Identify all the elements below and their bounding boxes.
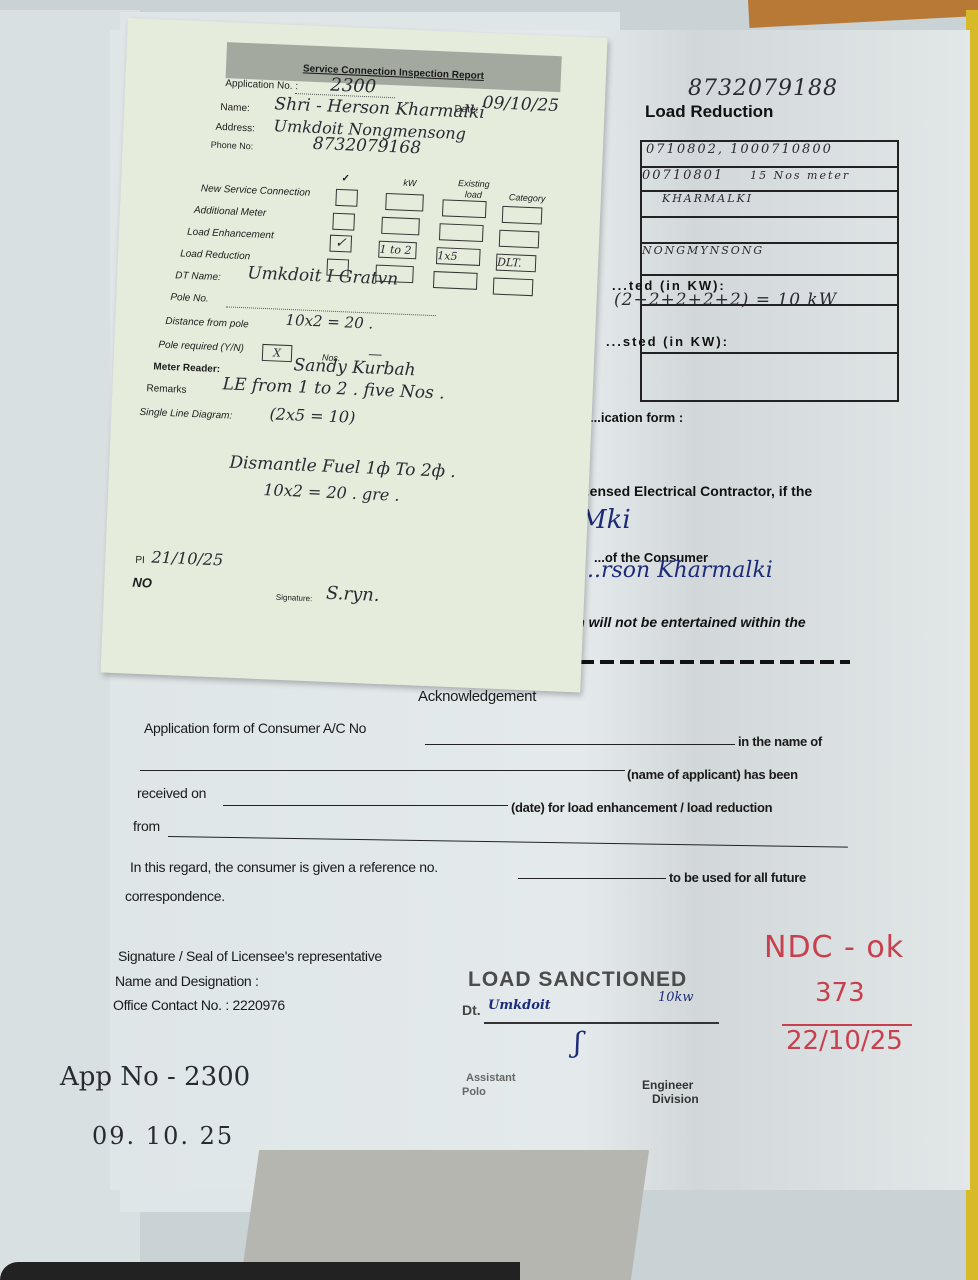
stamp-line-b: Engineer — [642, 1078, 693, 1092]
date-value: 09/10/25 — [482, 93, 559, 116]
phone-value: 8732079168 — [312, 134, 421, 159]
signature-label: Signature: — [276, 593, 313, 604]
pole-required-label: Pole required (Y/N) — [158, 340, 244, 355]
form-row: 0071080115 Nos meter — [642, 166, 897, 190]
stamp-dt-value: Umkdoit — [488, 998, 551, 1013]
row-load-enhancement: Load Enhancement — [187, 227, 274, 242]
notice-text: ...on will not be entertained within the — [556, 614, 806, 630]
form-row: 0710802, 1000710800 — [642, 140, 897, 166]
stamp-signature: ʃ — [574, 1026, 582, 1059]
reference-no-field[interactable] — [518, 878, 666, 879]
row-load-reduction: Load Reduction — [180, 248, 250, 262]
address-label: Address: — [215, 122, 255, 135]
ndc-number: 373 — [815, 978, 865, 1008]
handwritten-phone: 8732079188 — [688, 76, 838, 101]
application-no-label: Application No. : — [225, 78, 298, 92]
table-edge — [0, 1262, 520, 1280]
consumer-ac-no-field[interactable] — [425, 744, 735, 745]
row-additional-meter: Additional Meter — [194, 205, 267, 219]
ack-line-6: correspondence. — [125, 888, 225, 904]
stamp-line-d: Division — [652, 1092, 699, 1106]
meter-reader-value: Sandy Kurbah — [293, 355, 416, 380]
ack-line-5a: In this regard, the consumer is given a … — [130, 859, 438, 875]
ack-line-3b: (date) for load enhancement / load reduc… — [511, 800, 772, 815]
ack-line-2: (name of applicant) has been — [627, 767, 798, 782]
kw-field-additional-meter[interactable] — [381, 217, 420, 236]
ack-line-1a: Application form of Consumer A/C No — [144, 720, 366, 736]
pole-required-field[interactable]: X — [262, 344, 293, 362]
tape-strip — [748, 0, 978, 28]
distance-value: 10x2 = 20 . — [285, 311, 374, 333]
existing-field-new-service[interactable] — [442, 199, 487, 218]
form-row — [642, 352, 897, 402]
category-field-new-service[interactable] — [502, 206, 543, 225]
col-existing-load: Existing load — [451, 178, 497, 202]
no-label: NO — [132, 575, 152, 591]
name-label: Name: — [220, 102, 250, 114]
acknowledgement-title: Acknowledgement — [418, 688, 536, 705]
pole-no-label: Pole No. — [170, 292, 209, 305]
form-row — [642, 216, 897, 244]
form-row: KHARMALKI — [642, 190, 897, 216]
checkbox-load-enhancement[interactable]: ✓ — [329, 235, 352, 253]
ndc-note: NDC - ok — [764, 930, 904, 965]
meter-reader-label: Meter Reader: — [153, 361, 220, 375]
form-title: Load Reduction — [645, 102, 773, 122]
single-line-diagram-label: Single Line Diagram: — [139, 407, 232, 422]
stamp-underline — [484, 1022, 719, 1024]
consumer-name: ...rson Kharmalki — [580, 558, 773, 583]
ack-line-5b: to be used for all future — [669, 870, 806, 885]
received-date-field[interactable] — [223, 805, 508, 806]
existing-field-load-enhancement[interactable]: 1x5 — [436, 247, 481, 266]
application-no-value: 2300 — [330, 75, 377, 98]
category-field-load-enhancement[interactable]: DLT. — [496, 254, 537, 273]
ack-line-1b: in the name of — [738, 734, 822, 749]
ack-line-4: from — [133, 818, 160, 834]
phone-label: Phone No: — [211, 140, 254, 152]
applicant-name-field[interactable] — [140, 770, 625, 771]
category-field-additional-meter[interactable] — [499, 230, 540, 249]
remarks-label: Remarks — [146, 383, 186, 396]
stamp-dt-label: Dt. — [462, 1002, 481, 1018]
pi-date: 21/10/25 — [151, 547, 224, 569]
existing-field-additional-meter[interactable] — [439, 223, 484, 242]
footer-app-no: App No - 2300 — [60, 1062, 250, 1092]
licensee-signature-line: Signature / Seal of Licensee's represent… — [118, 948, 382, 964]
category-field-load-reduction[interactable] — [493, 278, 534, 297]
inspector-signature: S.ryn. — [326, 583, 380, 606]
col-check: ✓ — [341, 173, 350, 184]
form-row: NONGMYNSONG — [642, 242, 897, 274]
stamp-load-value: 10kw — [658, 990, 694, 1005]
contractor-text: ...ensed Electrical Contractor, if the — [578, 483, 812, 499]
distance-label: Distance from pole — [165, 316, 249, 330]
sld-note-1: Dismantle Fuel 1ф To 2ф . — [229, 453, 456, 482]
pi-label: PI — [135, 555, 145, 566]
ndc-date: 22/10/25 — [786, 1026, 903, 1056]
office-contact-line: Office Contact No. : 2220976 — [113, 997, 285, 1013]
kw-field-load-enhancement[interactable]: 1 to 2 — [378, 241, 417, 260]
existing-field-load-reduction[interactable] — [433, 271, 478, 290]
name-designation-line: Name and Designation : — [115, 973, 259, 989]
kw-field-new-service[interactable] — [385, 193, 424, 212]
checkbox-additional-meter[interactable] — [332, 213, 355, 231]
remarks-calc: (2x5 = 10) — [269, 404, 356, 427]
footer-date: 09. 10. 25 — [92, 1122, 234, 1150]
stamp-line-c: Polo — [462, 1086, 486, 1098]
form-row-load-requested: ...sted (in KW): — [642, 304, 897, 354]
application-form-label: ...ication form : — [590, 410, 683, 425]
paper-fold-shadow — [241, 1150, 649, 1280]
inspection-report-slip: Service Connection Inspection Report App… — [101, 18, 608, 693]
row-new-service-connection: New Service Connection — [201, 183, 311, 199]
checkbox-new-service[interactable] — [335, 189, 358, 207]
sld-note-2: 10x2 = 20 . gre . — [263, 480, 400, 505]
ack-line-3a: received on — [137, 785, 206, 801]
dt-name-label: DT Name: — [175, 270, 221, 283]
stamp-line-a: Assistant — [466, 1072, 516, 1084]
col-category: Category — [509, 192, 546, 204]
report-title: Service Connection Inspection Report — [226, 42, 562, 85]
col-kw: kW — [403, 178, 416, 189]
stamp-title: LOAD SANCTIONED — [468, 968, 687, 992]
form-table: 0710802, 1000710800 0071080115 Nos meter… — [640, 140, 899, 402]
